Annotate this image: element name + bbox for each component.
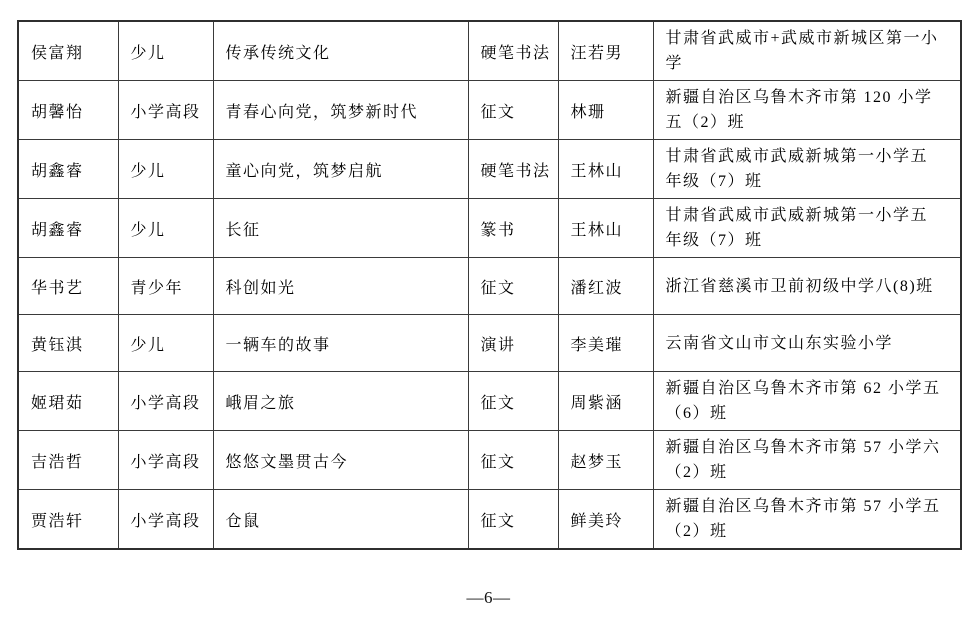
cell-school: 甘肃省武威市武威新城第一小学五 年级（7）班 [653,140,961,199]
cell-teacher-name: 赵梦玉 [558,431,653,490]
awards-table-body: 侯富翔 少儿 传承传统文化 硬笔书法 汪若男 甘肃省武威市+武威市新城区第一小 … [18,21,961,549]
cell-participant-name: 姬珺茹 [18,372,118,431]
cell-participant-name: 华书艺 [18,258,118,315]
table-row: 胡鑫睿 少儿 长征 篆书 王林山 甘肃省武威市武威新城第一小学五 年级（7）班 [18,199,961,258]
cell-work-title: 传承传统文化 [213,21,468,81]
cell-participant-name: 胡鑫睿 [18,140,118,199]
cell-category: 征文 [468,81,558,140]
cell-teacher-name: 王林山 [558,199,653,258]
cell-work-title: 科创如光 [213,258,468,315]
cell-age-group: 小学高段 [118,372,213,431]
awards-table: 侯富翔 少儿 传承传统文化 硬笔书法 汪若男 甘肃省武威市+武威市新城区第一小 … [17,20,962,550]
table-row: 贾浩轩 小学高段 仓鼠 征文 鲜美玲 新疆自治区乌鲁木齐市第 57 小学五 （2… [18,490,961,550]
table-row: 吉浩哲 小学高段 悠悠文墨贯古今 征文 赵梦玉 新疆自治区乌鲁木齐市第 57 小… [18,431,961,490]
cell-participant-name: 侯富翔 [18,21,118,81]
cell-teacher-name: 王林山 [558,140,653,199]
cell-work-title: 仓鼠 [213,490,468,550]
cell-school: 新疆自治区乌鲁木齐市第 57 小学五 （2）班 [653,490,961,550]
cell-category: 篆书 [468,199,558,258]
table-row: 胡鑫睿 少儿 童心向党，筑梦启航 硬笔书法 王林山 甘肃省武威市武威新城第一小学… [18,140,961,199]
table-row: 黄钰淇 少儿 一辆车的故事 演讲 李美璀 云南省文山市文山东实验小学 [18,315,961,372]
cell-work-title: 青春心向党，筑梦新时代 [213,81,468,140]
cell-category: 硬笔书法 [468,140,558,199]
cell-work-title: 悠悠文墨贯古今 [213,431,468,490]
cell-category: 征文 [468,258,558,315]
cell-age-group: 少儿 [118,315,213,372]
table-row: 胡馨怡 小学高段 青春心向党，筑梦新时代 征文 林珊 新疆自治区乌鲁木齐市第 1… [18,81,961,140]
cell-school: 云南省文山市文山东实验小学 [653,315,961,372]
table-row: 侯富翔 少儿 传承传统文化 硬笔书法 汪若男 甘肃省武威市+武威市新城区第一小 … [18,21,961,81]
cell-teacher-name: 汪若男 [558,21,653,81]
cell-participant-name: 贾浩轩 [18,490,118,550]
cell-school: 浙江省慈溪市卫前初级中学八(8)班 [653,258,961,315]
table-row: 姬珺茹 小学高段 峨眉之旅 征文 周紫涵 新疆自治区乌鲁木齐市第 62 小学五 … [18,372,961,431]
cell-work-title: 童心向党，筑梦启航 [213,140,468,199]
cell-category: 征文 [468,490,558,550]
cell-age-group: 小学高段 [118,81,213,140]
cell-school: 新疆自治区乌鲁木齐市第 62 小学五 （6）班 [653,372,961,431]
cell-category: 演讲 [468,315,558,372]
cell-age-group: 少儿 [118,199,213,258]
cell-school: 甘肃省武威市+武威市新城区第一小 学 [653,21,961,81]
cell-school: 甘肃省武威市武威新城第一小学五 年级（7）班 [653,199,961,258]
document-page: 侯富翔 少儿 传承传统文化 硬笔书法 汪若男 甘肃省武威市+武威市新城区第一小 … [0,0,977,633]
cell-school: 新疆自治区乌鲁木齐市第 120 小学 五（2）班 [653,81,961,140]
cell-participant-name: 胡鑫睿 [18,199,118,258]
cell-age-group: 少儿 [118,140,213,199]
cell-participant-name: 吉浩哲 [18,431,118,490]
cell-teacher-name: 鲜美玲 [558,490,653,550]
cell-work-title: 峨眉之旅 [213,372,468,431]
cell-category: 征文 [468,372,558,431]
page-number: —6— [0,588,977,608]
cell-teacher-name: 潘红波 [558,258,653,315]
cell-age-group: 少儿 [118,21,213,81]
cell-work-title: 一辆车的故事 [213,315,468,372]
cell-participant-name: 胡馨怡 [18,81,118,140]
cell-age-group: 小学高段 [118,431,213,490]
cell-school: 新疆自治区乌鲁木齐市第 57 小学六 （2）班 [653,431,961,490]
cell-work-title: 长征 [213,199,468,258]
cell-teacher-name: 李美璀 [558,315,653,372]
table-row: 华书艺 青少年 科创如光 征文 潘红波 浙江省慈溪市卫前初级中学八(8)班 [18,258,961,315]
cell-teacher-name: 周紫涵 [558,372,653,431]
cell-teacher-name: 林珊 [558,81,653,140]
cell-age-group: 小学高段 [118,490,213,550]
cell-participant-name: 黄钰淇 [18,315,118,372]
cell-age-group: 青少年 [118,258,213,315]
cell-category: 征文 [468,431,558,490]
cell-category: 硬笔书法 [468,21,558,81]
